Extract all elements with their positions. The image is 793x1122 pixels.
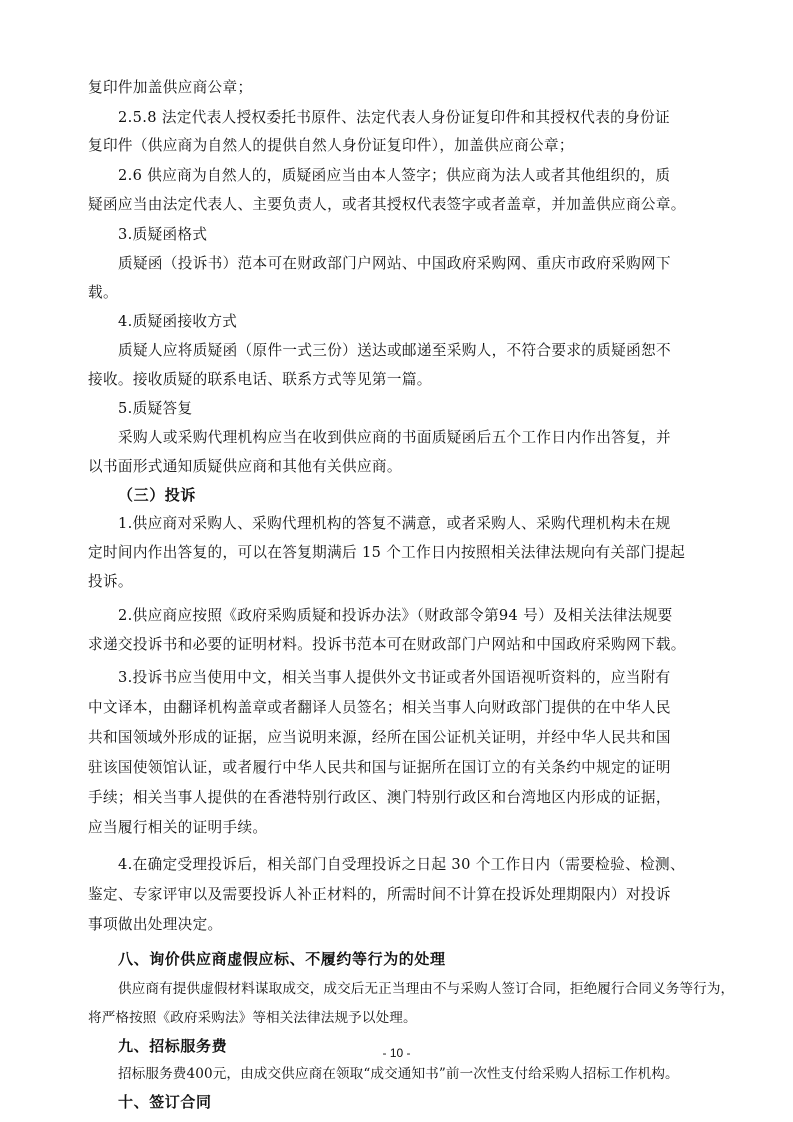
section-heading: 八、询价供应商虚假应标、不履约等行为的处理 — [118, 949, 446, 969]
paragraph-line: 手续；相关当事人提供的在香港特别行政区、澳门特别行政区和台湾地区内形成的证据， — [88, 788, 671, 808]
paragraph-line: 鉴定、专家评审以及需要投诉人补正材料的，所需时间不计算在投诉处理期限内）对投诉 — [88, 885, 671, 905]
section-heading: （三）投诉 — [118, 485, 196, 505]
paragraph-line: 4.质疑函接收方式 — [118, 312, 237, 332]
paragraph-line: 将严格按照《政府采购法》等相关法律法规予以处理。 — [88, 1008, 417, 1028]
paragraph-line: 供应商有提供虚假材料谋取成交，成交后无正当理由不与采购人签订合同，拒绝履行合同义… — [118, 979, 734, 999]
paragraph-line: 事项做出处理决定。 — [88, 915, 223, 935]
paragraph-line: 1.供应商对采购人、采购代理机构的答复不满意，或者采购人、采购代理机构未在规 — [118, 514, 671, 534]
paragraph-line: 质疑函（投诉书）范本可在财政部门户网站、中国政府采购网、重庆市政府采购网下 — [118, 254, 671, 274]
paragraph-line: 复印件（供应商为自然人的提供自然人身份证复印件），加盖供应商公章； — [88, 136, 574, 156]
paragraph-line: 2.供应商应按照《政府采购质疑和投诉办法》（财政部令第94 号）及相关法律法规要 — [118, 606, 673, 626]
paragraph-line: 3.质疑函格式 — [118, 225, 207, 245]
paragraph-line: 采购人或采购代理机构应当在收到供应商的书面质疑函后五个工作日内作出答复，并 — [118, 428, 671, 448]
paragraph-line: 中文译本，由翻译机构盖章或者翻译人员签名；相关当事人向财政部门提供的在中华人民 — [88, 698, 671, 718]
section-heading: 十、签订合同 — [118, 1092, 212, 1112]
paragraph-line: 质疑人应将质疑函（原件一式三份）送达或邮递至采购人，不符合要求的质疑函恕不 — [118, 341, 671, 361]
paragraph-line: 疑函应当由法定代表人、主要负责人，或者其授权代表签字或者盖章，并加盖供应商公章。 — [88, 195, 686, 215]
paragraph-line: 载。 — [88, 283, 118, 303]
paragraph-line: 应当履行相关的证明手续。 — [88, 818, 267, 838]
paragraph-line: 4.在确定受理投诉后，相关部门自受理投诉之日起 30 个工作日内（需要检验、检测… — [118, 855, 685, 875]
page-number: - 10 - — [0, 1046, 793, 1060]
paragraph-line: 驻该国使领馆认证，或者履行中华人民共和国与证据所在国订立的有关条约中规定的证明 — [88, 758, 671, 778]
paragraph-line: 复印件加盖供应商公章； — [88, 78, 252, 98]
paragraph-line: 2.5.8 法定代表人授权委托书原件、法定代表人身份证复印件和其授权代表的身份证 — [118, 108, 670, 128]
paragraph-line: 共和国领域外形成的证据，应当说明来源，经所在国公证机关证明，并经中华人民共和国 — [88, 728, 671, 748]
paragraph-line: 以书面形式通知质疑供应商和其他有关供应商。 — [88, 457, 402, 477]
paragraph-line: 招标服务费400元，由成交供应商在领取“成交通知书”前一次性支付给采购人招标工作… — [118, 1064, 679, 1084]
paragraph-line: 求递交投诉书和必要的证明材料。投诉书范本可在财政部门户网站和中国政府采购网下载。 — [88, 635, 686, 655]
paragraph-line: 定时间内作出答复的，可以在答复期满后 15 个工作日内按照相关法律法规向有关部门… — [88, 543, 685, 563]
paragraph-line: 投诉。 — [88, 572, 133, 592]
paragraph-line: 5.质疑答复 — [118, 399, 192, 419]
paragraph-line: 接收。接收质疑的联系电话、联系方式等见第一篇。 — [88, 370, 432, 390]
paragraph-line: 3.投诉书应当使用中文，相关当事人提供外文书证或者外国语视听资料的，应当附有 — [118, 668, 671, 688]
paragraph-line: 2.6 供应商为自然人的，质疑函应当由本人签字；供应商为法人或者其他组织的，质 — [118, 166, 670, 186]
